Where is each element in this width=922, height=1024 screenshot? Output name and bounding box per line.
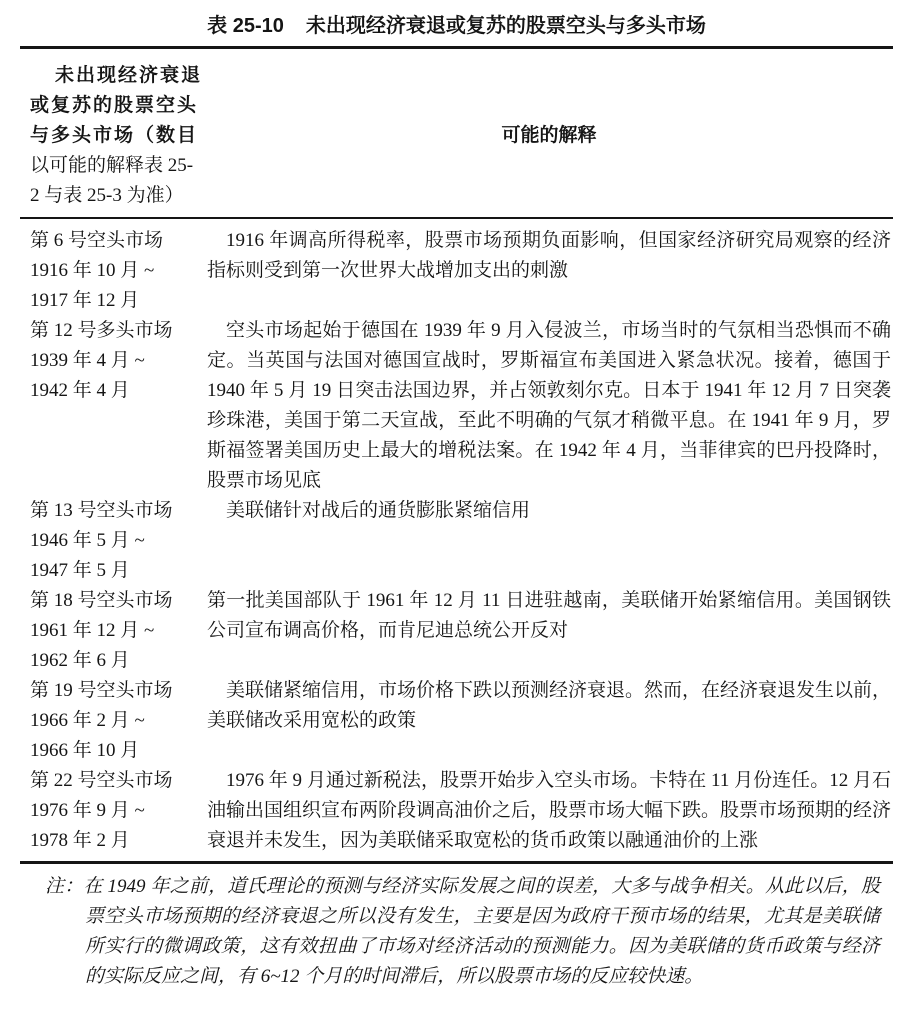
market-cell: 第 22 号空头市场1976 年 9 月 ~1978 年 2 月 bbox=[20, 766, 207, 856]
market-header-line: 2 与表 25-3 为准） bbox=[30, 181, 207, 211]
market-line: 1978 年 2 月 bbox=[30, 826, 207, 856]
market-cell: 第 13 号空头市场1946 年 5 月 ~1947 年 5 月 bbox=[20, 496, 207, 586]
market-line: 1939 年 4 月 ~ bbox=[30, 346, 207, 376]
explanation-text: 1916 年调高所得税率，股票市场预期负面影响，但国家经济研究局观察的经济指标则… bbox=[207, 226, 891, 286]
market-line: 第 13 号空头市场 bbox=[30, 496, 207, 526]
table-row: 第 6 号空头市场1916 年 10 月 ~1917 年 12 月1916 年调… bbox=[20, 226, 893, 316]
table-row: 第 13 号空头市场1946 年 5 月 ~1947 年 5 月美联储针对战后的… bbox=[20, 496, 893, 586]
table-page: 表 25-10未出现经济衰退或复苏的股票空头与多头市场 未出现经济衰退或复苏的股… bbox=[20, 0, 893, 864]
explanation-cell: 美联储紧缩信用，市场价格下跌以预测经济衰退。然而，在经济衰退发生以前，美联储改采… bbox=[207, 676, 893, 766]
table-title: 表 25-10未出现经济衰退或复苏的股票空头与多头市场 bbox=[20, 0, 893, 46]
market-line: 第 12 号多头市场 bbox=[30, 316, 207, 346]
explanation-cell: 1976 年 9 月通过新税法，股票开始步入空头市场。卡特在 11 月份连任。1… bbox=[207, 766, 893, 856]
market-line: 1966 年 10 月 bbox=[30, 736, 207, 766]
table-number: 表 25-10 bbox=[207, 15, 284, 37]
market-header-cell: 未出现经济衰退或复苏的股票空头与多头市场（数目以可能的解释表 25-2 与表 2… bbox=[20, 61, 207, 211]
market-line: 第 6 号空头市场 bbox=[30, 226, 207, 256]
table-body: 第 6 号空头市场1916 年 10 月 ~1917 年 12 月1916 年调… bbox=[20, 219, 893, 861]
explanation-cell: 1916 年调高所得税率，股票市场预期负面影响，但国家经济研究局观察的经济指标则… bbox=[207, 226, 893, 316]
table-row: 第 19 号空头市场1966 年 2 月 ~1966 年 10 月美联储紧缩信用… bbox=[20, 676, 893, 766]
table-row: 第 18 号空头市场1961 年 12 月 ~1962 年 6 月第一批美国部队… bbox=[20, 586, 893, 676]
table-header-row: 未出现经济衰退或复苏的股票空头与多头市场（数目以可能的解释表 25-2 与表 2… bbox=[20, 49, 893, 217]
market-cell: 第 12 号多头市场1939 年 4 月 ~1942 年 4 月 bbox=[20, 316, 207, 496]
explanation-header-label: 可能的解释 bbox=[501, 121, 596, 151]
market-cell: 第 18 号空头市场1961 年 12 月 ~1962 年 6 月 bbox=[20, 586, 207, 676]
market-line: 第 18 号空头市场 bbox=[30, 586, 207, 616]
market-cell: 第 19 号空头市场1966 年 2 月 ~1966 年 10 月 bbox=[20, 676, 207, 766]
market-header-line: 与多头市场（数目 bbox=[30, 121, 207, 151]
footnote-label: 注： bbox=[45, 876, 83, 897]
bottom-rule bbox=[20, 861, 893, 864]
explanation-text: 1976 年 9 月通过新税法，股票开始步入空头市场。卡特在 11 月份连任。1… bbox=[207, 766, 891, 856]
market-cell: 第 6 号空头市场1916 年 10 月 ~1917 年 12 月 bbox=[20, 226, 207, 316]
explanation-text: 空头市场起始于德国在 1939 年 9 月入侵波兰，市场当时的气氛相当恐惧而不确… bbox=[207, 316, 891, 496]
market-header-line: 以可能的解释表 25- bbox=[30, 151, 207, 181]
explanation-header-cell: 可能的解释 bbox=[207, 61, 893, 211]
market-line: 1916 年 10 月 ~ bbox=[30, 256, 207, 286]
explanation-text: 美联储紧缩信用，市场价格下跌以预测经济衰退。然而，在经济衰退发生以前，美联储改采… bbox=[207, 676, 891, 736]
market-line: 1961 年 12 月 ~ bbox=[30, 616, 207, 646]
market-line: 1962 年 6 月 bbox=[30, 646, 207, 676]
market-line: 第 19 号空头市场 bbox=[30, 676, 207, 706]
explanation-cell: 第一批美国部队于 1961 年 12 月 11 日进驻越南，美联储开始紧缩信用。… bbox=[207, 586, 893, 676]
market-line: 1966 年 2 月 ~ bbox=[30, 706, 207, 736]
market-line: 1942 年 4 月 bbox=[30, 376, 207, 406]
market-line: 1917 年 12 月 bbox=[30, 286, 207, 316]
market-line: 1946 年 5 月 ~ bbox=[30, 526, 207, 556]
explanation-cell: 空头市场起始于德国在 1939 年 9 月入侵波兰，市场当时的气氛相当恐惧而不确… bbox=[207, 316, 893, 496]
table-row: 第 22 号空头市场1976 年 9 月 ~1978 年 2 月1976 年 9… bbox=[20, 766, 893, 856]
table-footnote: 注：在 1949 年之前，道氏理论的预测与经济实际发展之间的误差，大多与战争相关… bbox=[45, 872, 880, 992]
market-header-line: 或复苏的股票空头 bbox=[30, 91, 207, 121]
explanation-cell: 美联储针对战后的通货膨胀紧缩信用 bbox=[207, 496, 893, 586]
explanation-text: 美联储针对战后的通货膨胀紧缩信用 bbox=[207, 496, 891, 526]
footnote-text: 在 1949 年之前，道氏理论的预测与经济实际发展之间的误差，大多与战争相关。从… bbox=[83, 876, 880, 987]
market-line: 第 22 号空头市场 bbox=[30, 766, 207, 796]
table-row: 第 12 号多头市场1939 年 4 月 ~1942 年 4 月空头市场起始于德… bbox=[20, 316, 893, 496]
market-header-line: 未出现经济衰退 bbox=[30, 61, 207, 91]
market-line: 1947 年 5 月 bbox=[30, 556, 207, 586]
explanation-text: 第一批美国部队于 1961 年 12 月 11 日进驻越南，美联储开始紧缩信用。… bbox=[207, 586, 891, 646]
market-line: 1976 年 9 月 ~ bbox=[30, 796, 207, 826]
table-title-text: 未出现经济衰退或复苏的股票空头与多头市场 bbox=[306, 15, 706, 37]
